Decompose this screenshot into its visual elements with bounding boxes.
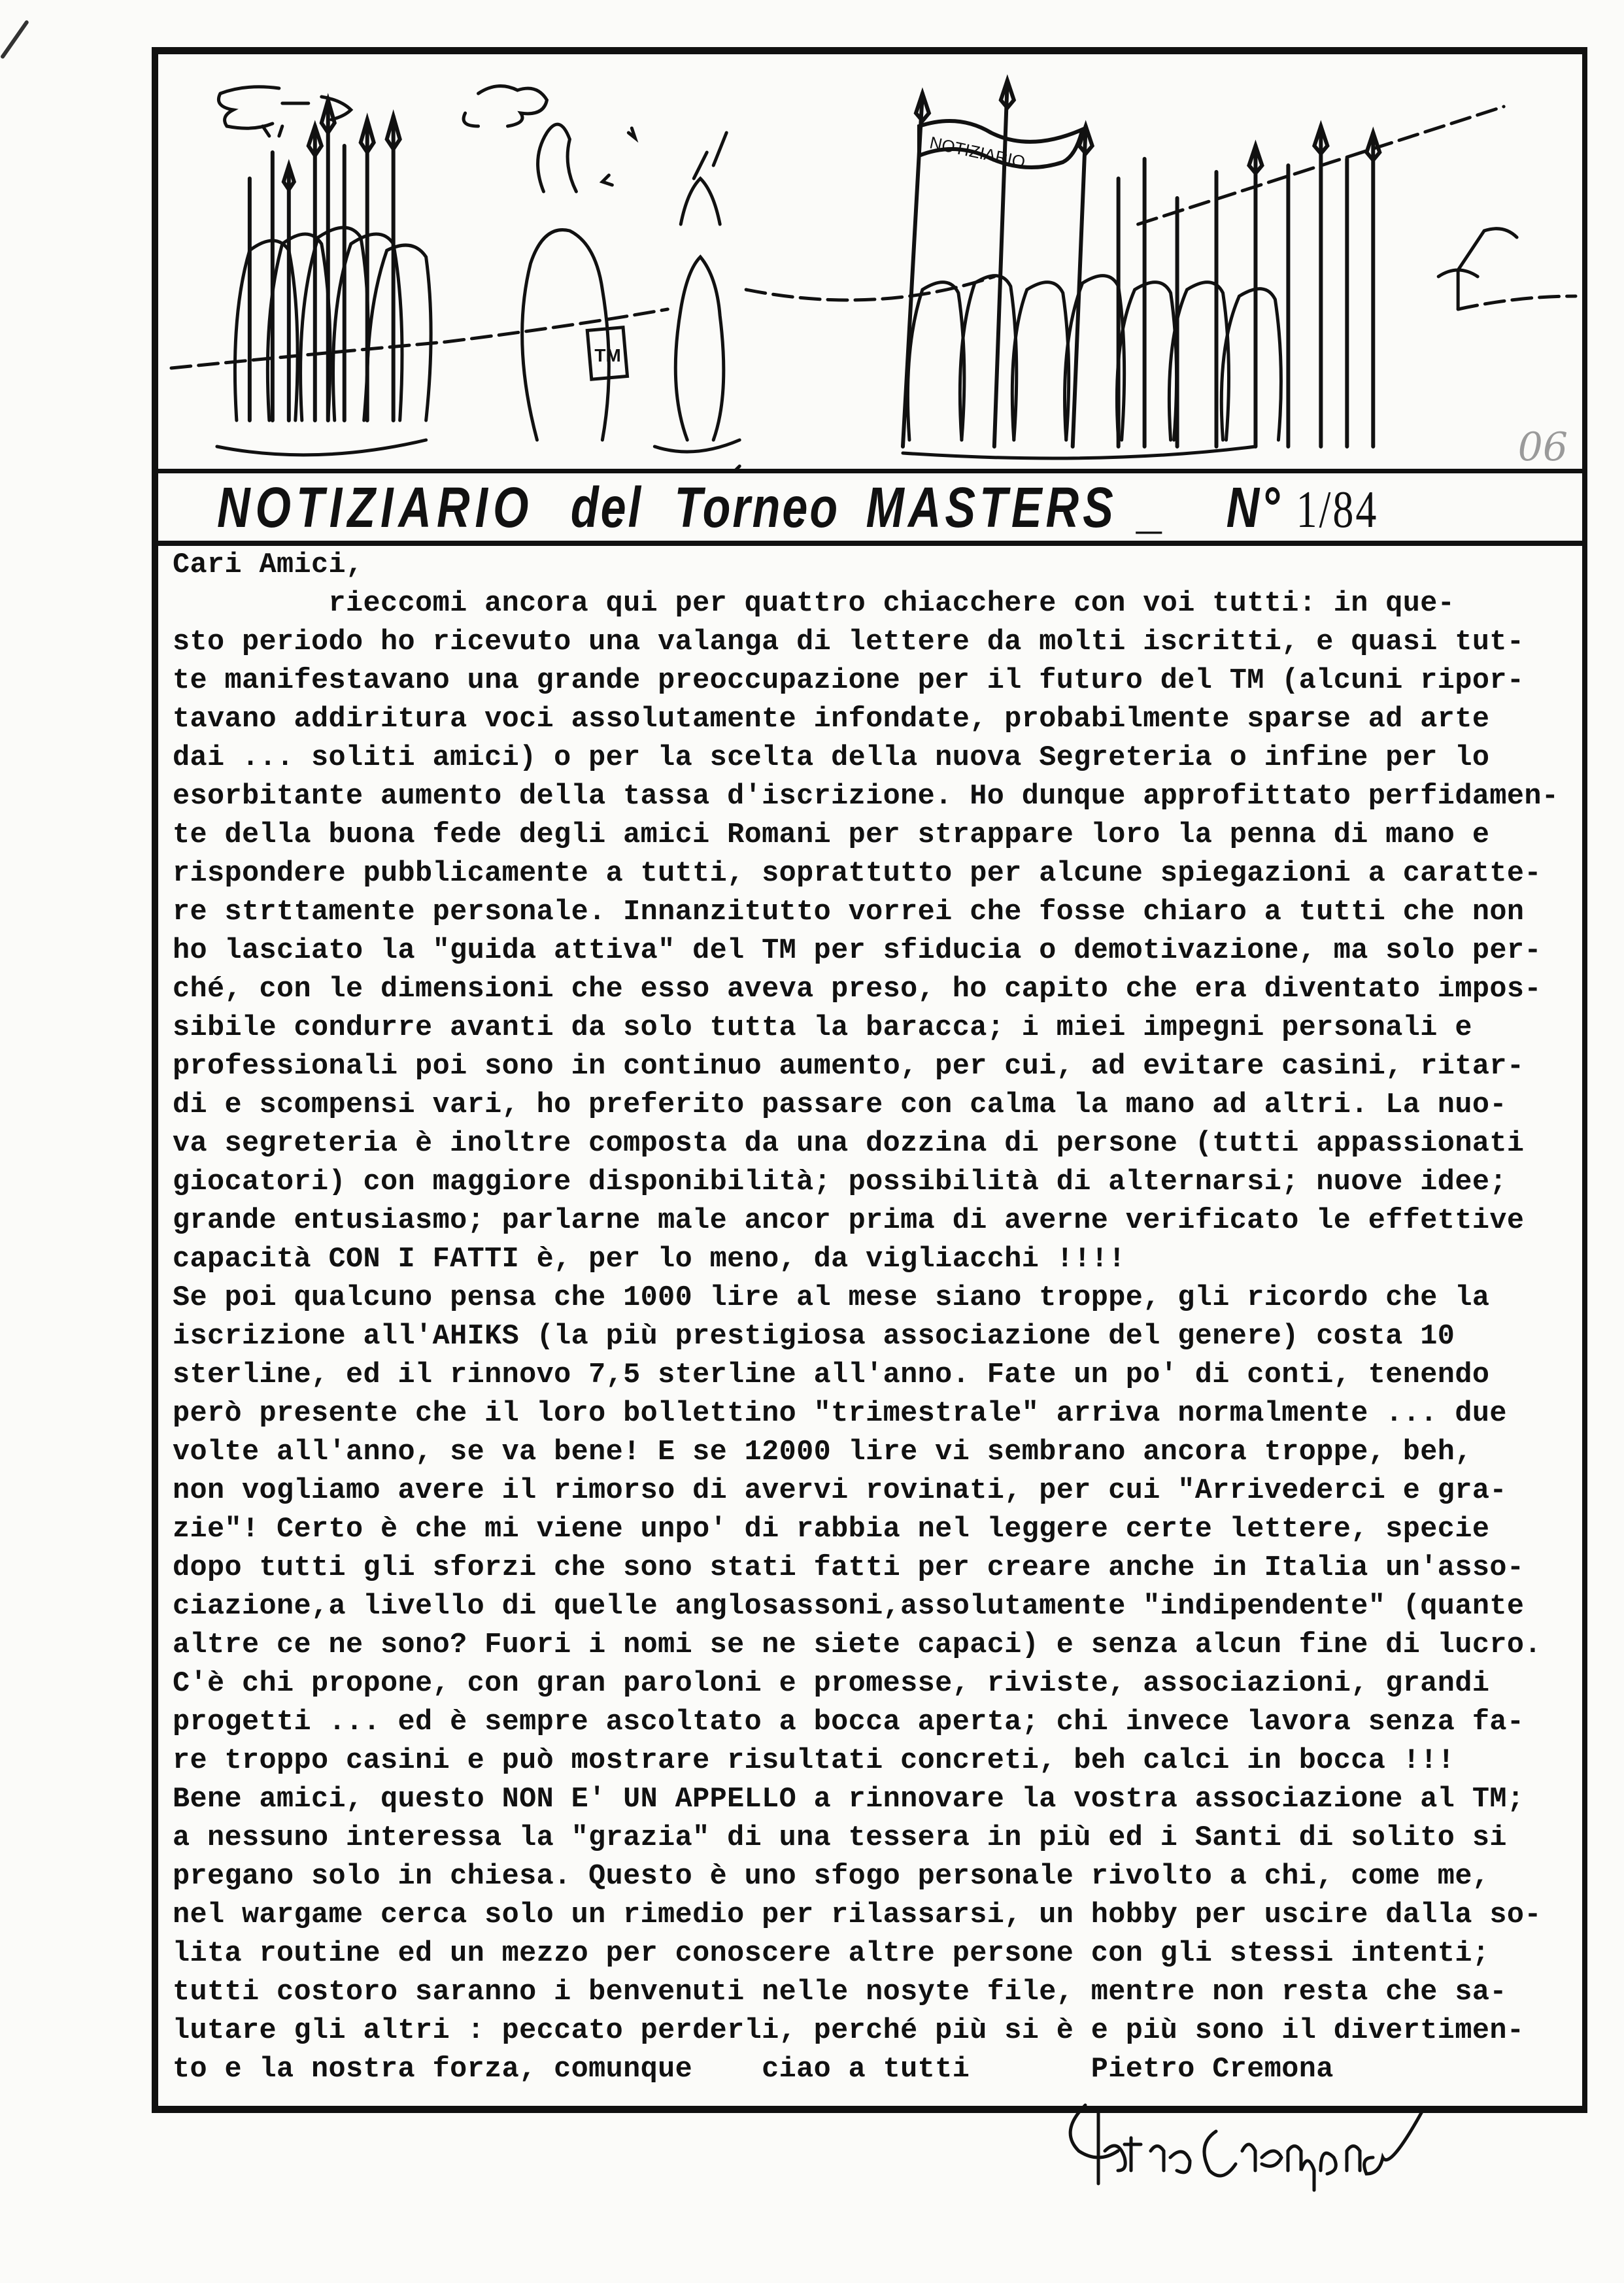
title-word-torneo: Torneo xyxy=(674,475,839,539)
letter-line: re troppo casini e può mostrare risultat… xyxy=(173,1742,1569,1780)
title-word-del: del xyxy=(571,475,643,539)
title-rule-top xyxy=(158,469,1582,473)
pencil-mark xyxy=(0,20,29,59)
letter-line: professionali poi sono in continuo aumen… xyxy=(173,1047,1569,1086)
issue-label: N° xyxy=(1226,475,1282,539)
letter-line: però presente che il loro bollettino "tr… xyxy=(173,1395,1569,1433)
letter-line: zie"! Certo è che mi viene unpo' di rabb… xyxy=(173,1510,1569,1549)
letter-line: dai ... soliti amici) o per la scelta de… xyxy=(173,739,1569,777)
title-word-masters: MASTERS xyxy=(866,475,1117,539)
letter-line: C'è chi propone, con gran paroloni e pro… xyxy=(173,1665,1569,1703)
letter-line: Bene amici, questo NON E' UN APPELLO a r… xyxy=(173,1780,1569,1819)
letter-line: sterline, ed il rinnovo 7,5 sterline all… xyxy=(173,1356,1569,1395)
header-cartoon: TM NOTIZIARIO xyxy=(158,54,1582,469)
letter-line: altre ce ne sono? Fuori i nomi se ne sie… xyxy=(173,1626,1569,1665)
letter-line: progetti ... ed è sempre ascoltato a boc… xyxy=(173,1703,1569,1742)
svg-text:TM: TM xyxy=(594,345,620,365)
title-rule-bottom xyxy=(158,541,1582,546)
cartoon-illustration: TM NOTIZIARIO xyxy=(158,54,1582,469)
letter-line: esorbitante aumento della tassa d'iscriz… xyxy=(173,777,1569,816)
letter-line: a nessuno interessa la "grazia" di una t… xyxy=(173,1819,1569,1857)
letter-line: va segreteria è inoltre composta da una … xyxy=(173,1125,1569,1163)
letter-line: to e la nostra forza, comunque ciao a tu… xyxy=(173,2050,1569,2089)
title-band: NOTIZIARIO del Torneo MASTERS _ N° 1/84 xyxy=(158,473,1582,541)
letter-line: ho lasciato la "guida attiva" del TM per… xyxy=(173,932,1569,970)
letter-line: te manifestavano una grande preoccupazio… xyxy=(173,662,1569,700)
letter-line: ciazione,a livello di quelle anglosasson… xyxy=(173,1587,1569,1626)
title-dash: _ xyxy=(1138,475,1166,539)
letter-line: rieccomi ancora qui per quattro chiacche… xyxy=(173,584,1569,623)
letter-line: giocatori) con maggiore disponibilità; p… xyxy=(173,1163,1569,1202)
letter-line: re strttamente personale. Innanzitutto v… xyxy=(173,893,1569,932)
issue-number: 1/84 xyxy=(1296,480,1379,538)
letter-line: rispondere pubblicamente a tutti, soprat… xyxy=(173,854,1569,893)
newsletter-title: NOTIZIARIO del Torneo MASTERS _ N° 1/84 xyxy=(217,475,1378,540)
handwritten-signature xyxy=(1046,2092,1451,2203)
letter-line: sibile condurre avanti da solo tutta la … xyxy=(173,1009,1569,1047)
letter-line: nel wargame cerca solo un rimedio per ri… xyxy=(173,1896,1569,1935)
title-word-notiziario: NOTIZIARIO xyxy=(217,475,533,539)
letter-line: Se poi qualcuno pensa che 1000 lire al m… xyxy=(173,1279,1569,1317)
newsletter-frame: TM NOTIZIARIO xyxy=(152,47,1587,2113)
letter-line: sto periodo ho ricevuto una valanga di l… xyxy=(173,623,1569,662)
letter-body: Cari Amici, rieccomi ancora qui per quat… xyxy=(173,546,1569,2089)
letter-line: capacità CON I FATTI è, per lo meno, da … xyxy=(173,1240,1569,1279)
letter-line: pregano solo in chiesa. Questo è uno sfo… xyxy=(173,1857,1569,1896)
letter-line: ché, con le dimensioni che esso aveva pr… xyxy=(173,970,1569,1009)
letter-line: Cari Amici, xyxy=(173,546,1569,584)
archive-number: 06 xyxy=(1518,424,1568,470)
letter-line: volte all'anno, se va bene! E se 12000 l… xyxy=(173,1433,1569,1472)
letter-line: di e scompensi vari, ho preferito passar… xyxy=(173,1086,1569,1125)
letter-line: te della buona fede degli amici Romani p… xyxy=(173,816,1569,854)
letter-line: tutti costoro saranno i benvenuti nelle … xyxy=(173,1973,1569,2012)
letter-line: non vogliamo avere il rimorso di avervi … xyxy=(173,1472,1569,1510)
letter-line: dopo tutti gli sforzi che sono stati fat… xyxy=(173,1549,1569,1587)
letter-line: grande entusiasmo; parlarne male ancor p… xyxy=(173,1202,1569,1240)
letter-line: lita routine ed un mezzo per conoscere a… xyxy=(173,1935,1569,1973)
letter-line: lutare gli altri : peccato perderli, per… xyxy=(173,2012,1569,2050)
signature-scribble xyxy=(1046,2092,1451,2203)
letter-line: tavano addiritura voci assolutamente inf… xyxy=(173,700,1569,739)
letter-line: iscrizione all'AHIKS (la più prestigiosa… xyxy=(173,1317,1569,1356)
